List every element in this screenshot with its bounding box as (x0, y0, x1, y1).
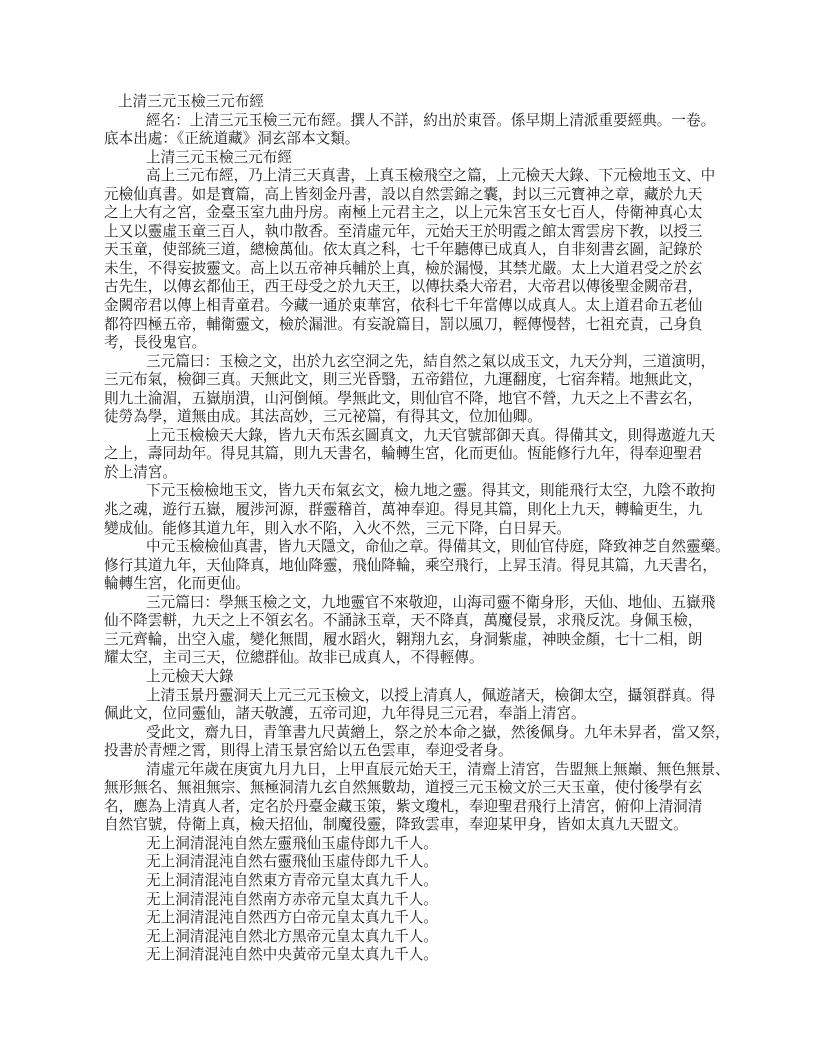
text-line: 名，應為上清真人者，定名於丹臺金藏玉策，紫文瓊札，奉迎聖君飛行上清宮，俯仰上清洞… (104, 798, 726, 817)
text-line: 投書於青煙之霄，則得上清玉景宮給以五色雲車，奉迎受者身。 (104, 742, 726, 761)
text-line: 古先生，以傳玄都仙王，西王母受之於九天王，以傳扶桑大帝君，大帝君以傳後聖金闕帝君… (104, 278, 726, 297)
text-line: 元檢仙真書。如是寶篇，高上皆刻金丹書，設以自然雲錦之囊，封以三元寶神之章，藏於九… (104, 186, 726, 205)
text-line: 金闕帝君以傳上相青童君。今藏一通於東華宮，依科七千年當傳以成真人。太上道君命五老… (104, 297, 726, 316)
text-line: 底本出處：《正統道藏》洞玄部本文類。 (104, 130, 726, 149)
text-line: 佩此文，位同靈仙，諸天敬護，五帝司迎，九年得見三元君，奉詣上清宮。 (104, 705, 726, 724)
text-line: 上清玉景丹靈洞天上元三元玉檢文，以授上清真人，佩遊諸天，檢御太空，攝領群真。得 (104, 687, 726, 706)
text-line: 上清三元玉檢三元布經 (104, 149, 726, 168)
text-line: 自然官號，侍衛上真，檢天招仙，制魔役靈，降致雲車，奉迎某甲身，皆如太真九天盟文。 (104, 816, 726, 835)
text-line: 輪轉生宮，化而更仙。 (104, 575, 726, 594)
text-line: 經名：上清三元玉檢三元布經。撰人不詳，約出於東晉。係早期上清派重要經典。一卷。 (104, 112, 726, 131)
text-line: 無形無名、無祖無宗、無極洞清九玄自然無數劫，道授三元玉檢文於三天玉童，使付後學有… (104, 779, 726, 798)
text-line: 之上，壽同劫年。得見其篇，則九天書名，輪轉生宮，化而更仙。恆能修行九年，得奉迎聖… (104, 445, 726, 464)
text-line: 无上洞清混沌自然西方白帝元皇太真九千人。 (104, 909, 726, 928)
text-line: 无上洞清混沌自然東方青帝元皇太真九千人。 (104, 872, 726, 891)
text-line: 之上大有之宮，金臺玉室九曲丹房。南極上元君主之，以上元朱宮玉女七百人，侍衛神真心… (104, 204, 726, 223)
text-line: 兆之魂，遊行五嶽，履涉河源，群靈稽首，萬神奉迎。得見其篇，則化上九天，轉輪更生，… (104, 501, 726, 520)
text-line: 三元篇曰：學無玉檢之文，九地靈官不來敬迎，山海司靈不衛身形，天仙、地仙、五嶽飛 (104, 594, 726, 613)
text-line: 中元玉檢檢仙真書，皆九天隱文，命仙之章。得備其文，則仙官侍庭，降致神芝自然靈藥。 (104, 538, 726, 557)
text-line: 无上洞清混沌自然南方赤帝元皇太真九千人。 (104, 891, 726, 910)
text-line: 徒勞為學，道無由成。其法高妙，三元祕篇，有得其文，位加仙卿。 (104, 408, 726, 427)
text-line: 高上三元布經，乃上清三天真書，上真玉檢飛空之篇，上元檢天大錄、下元檢地玉文、中 (104, 167, 726, 186)
text-line: 未生，不得妄披靈文。高上以五帝神兵輔於上真，檢於漏慢，其禁尤嚴。太上大道君受之於… (104, 260, 726, 279)
text-line: 仙不降雲軿，九天之上不領玄名。不誦詠玉章，天不降真，萬魔侵景，求飛反沈。身佩玉檢… (104, 612, 726, 631)
text-line: 上元玉檢檢天大錄，皆九天布炁玄圖真文，九天官號部御天真。得備其文，則得遨遊九天 (104, 427, 726, 446)
text-line: 耀太空，主司三天，位總群仙。故非已成真人，不得輕傳。 (104, 649, 726, 668)
text-line: 三元布氣，檢御三真。天無此文，則三光昏翳，五帝錯位，九運翻度，七宿奔精。地無此文… (104, 371, 726, 390)
document-page: 上清三元玉檢三元布經經名：上清三元玉檢三元布經。撰人不詳，約出於東晉。係早期上清… (0, 0, 816, 1056)
text-line: 无上洞清混沌自然左靈飛仙玉虛侍郎九千人。 (104, 835, 726, 854)
text-line: 清虛元年歲在庚寅九月九日，上甲直辰元始天王，清齋上清宮，告盟無上無巔、無色無景、 (104, 761, 726, 780)
text-line: 修行其道九年，天仙降真，地仙降靈，飛仙降輪，乘空飛行，上昇玉清。得見其篇，九天書… (104, 557, 726, 576)
text-line: 則九土淪湄，五嶽崩潰，山河倒傾。學無此文，則仙官不降，地官不營，九天之上不書玄名… (104, 390, 726, 409)
text-line: 天玉童，使部統三道，總檢萬仙。依太真之科，七千年聽傳已成真人，自非刻書玄圖，記錄… (104, 241, 726, 260)
text-line: 考，長役鬼官。 (104, 334, 726, 353)
text-line: 上又以靈虛玉童三百人，執巾散香。至清虛元年，元始天王於明霞之館太霄雲房下教，以授… (104, 223, 726, 242)
text-line: 都符四極五帝，輔衛靈文，檢於漏泄。有妄說篇目，罰以風刀，輕傳慢替，七祖充責，己身… (104, 316, 726, 335)
text-block: 上清三元玉檢三元布經經名：上清三元玉檢三元布經。撰人不詳，約出於東晉。係早期上清… (104, 93, 726, 965)
text-line: 三元篇曰：玉檢之文，出於九玄空洞之先，結自然之氣以成玉文，九天分判，三道演明， (104, 353, 726, 372)
text-line: 於上清宮。 (104, 464, 726, 483)
text-line: 受此文，齋九日，青筆書九尺黃繒上，祭之於本命之嶽，然後佩身。九年未昇者，當又祭， (104, 724, 726, 743)
text-line: 无上洞清混沌自然北方黑帝元皇太真九千人。 (104, 928, 726, 947)
text-line: 上清三元玉檢三元布經 (104, 93, 726, 112)
text-line: 无上洞清混沌自然右靈飛仙玉虛侍郎九千人。 (104, 853, 726, 872)
text-line: 三元齊輪，出空入虛，變化無間，履水蹈火，翱翔九玄，身洞紫虛，神映金顏，七十二相，… (104, 631, 726, 650)
text-line: 上元檢天大錄 (104, 668, 726, 687)
text-line: 下元玉檢檢地玉文，皆九天布氣玄文，檢九地之靈。得其文，則能飛行太空，九陰不敢拘 (104, 482, 726, 501)
text-line: 變成仙。能修其道九年，則入水不陷，入火不然，三元下降，白日昇天。 (104, 520, 726, 539)
text-line: 无上洞清混沌自然中央黃帝元皇太真九千人。 (104, 946, 726, 965)
